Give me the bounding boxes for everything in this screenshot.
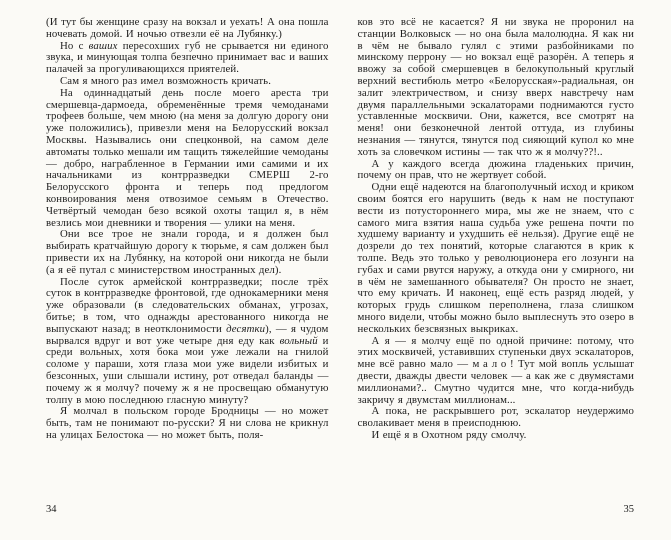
paragraph: И ещё я в Охотном ряду смолчу. bbox=[358, 430, 635, 442]
left-page-number: 34 bbox=[46, 504, 57, 515]
paragraph: А я — я молчу ещё по одной причине: пото… bbox=[358, 336, 635, 407]
text-segment: Одни ещё надеются на благополучный исход… bbox=[358, 181, 635, 335]
paragraph: ков это всё не касается? Я ни звука не п… bbox=[358, 17, 635, 159]
paragraph: А пока, не раскрывшего рот, эскалатор не… bbox=[358, 406, 635, 430]
text-segment: (И тут бы женщине сразу на вокзал и уеха… bbox=[46, 16, 329, 40]
right-page: ков это всё не касается? Я ни звука не п… bbox=[336, 0, 671, 540]
italic-text-segment: десятки bbox=[226, 323, 265, 335]
spaced-text-segment: мало bbox=[472, 358, 510, 370]
text-segment: ков это всё не касается? Я ни звука не п… bbox=[358, 16, 635, 158]
left-page-text-block: (И тут бы женщине сразу на вокзал и уеха… bbox=[46, 17, 329, 442]
text-segment: Я молчал в польском городе Бродницы — но… bbox=[46, 405, 329, 441]
paragraph: А у каждого всегда дюжина гладеньких при… bbox=[358, 159, 635, 183]
italic-text-segment: вольный bbox=[280, 335, 318, 347]
paragraph: После суток армейской контрразведки; пос… bbox=[46, 277, 329, 407]
text-segment: А пока, не раскрывшего рот, эскалатор не… bbox=[358, 405, 635, 429]
right-page-text-block: ков это всё не касается? Я ни звука не п… bbox=[358, 17, 635, 442]
text-segment: И ещё я в Охотном ряду смолчу. bbox=[372, 429, 527, 441]
text-segment: Сам я много раз имел возможность кричать… bbox=[60, 75, 271, 87]
paragraph: Одни ещё надеются на благополучный исход… bbox=[358, 182, 635, 335]
paragraph: Они все трое не знали города, и я должен… bbox=[46, 229, 329, 276]
italic-text-segment: ваших bbox=[89, 40, 118, 52]
left-page: (И тут бы женщине сразу на вокзал и уеха… bbox=[0, 0, 336, 540]
text-segment: А у каждого всегда дюжина гладеньких при… bbox=[358, 158, 635, 182]
book-spread: (И тут бы женщине сразу на вокзал и уеха… bbox=[0, 0, 671, 540]
text-segment: Они все трое не знали города, и я должен… bbox=[46, 228, 329, 275]
text-segment: На одиннадцатый день после моего ареста … bbox=[46, 87, 329, 229]
paragraph: Я молчал в польском городе Бродницы — но… bbox=[46, 406, 329, 441]
paragraph: (И тут бы женщине сразу на вокзал и уеха… bbox=[46, 17, 329, 41]
paragraph: На одиннадцатый день после моего ареста … bbox=[46, 88, 329, 230]
right-page-number: 35 bbox=[624, 504, 635, 515]
paragraph: Но с ваших пересохших губ не срывается н… bbox=[46, 41, 329, 76]
text-segment: Но с bbox=[60, 40, 89, 52]
